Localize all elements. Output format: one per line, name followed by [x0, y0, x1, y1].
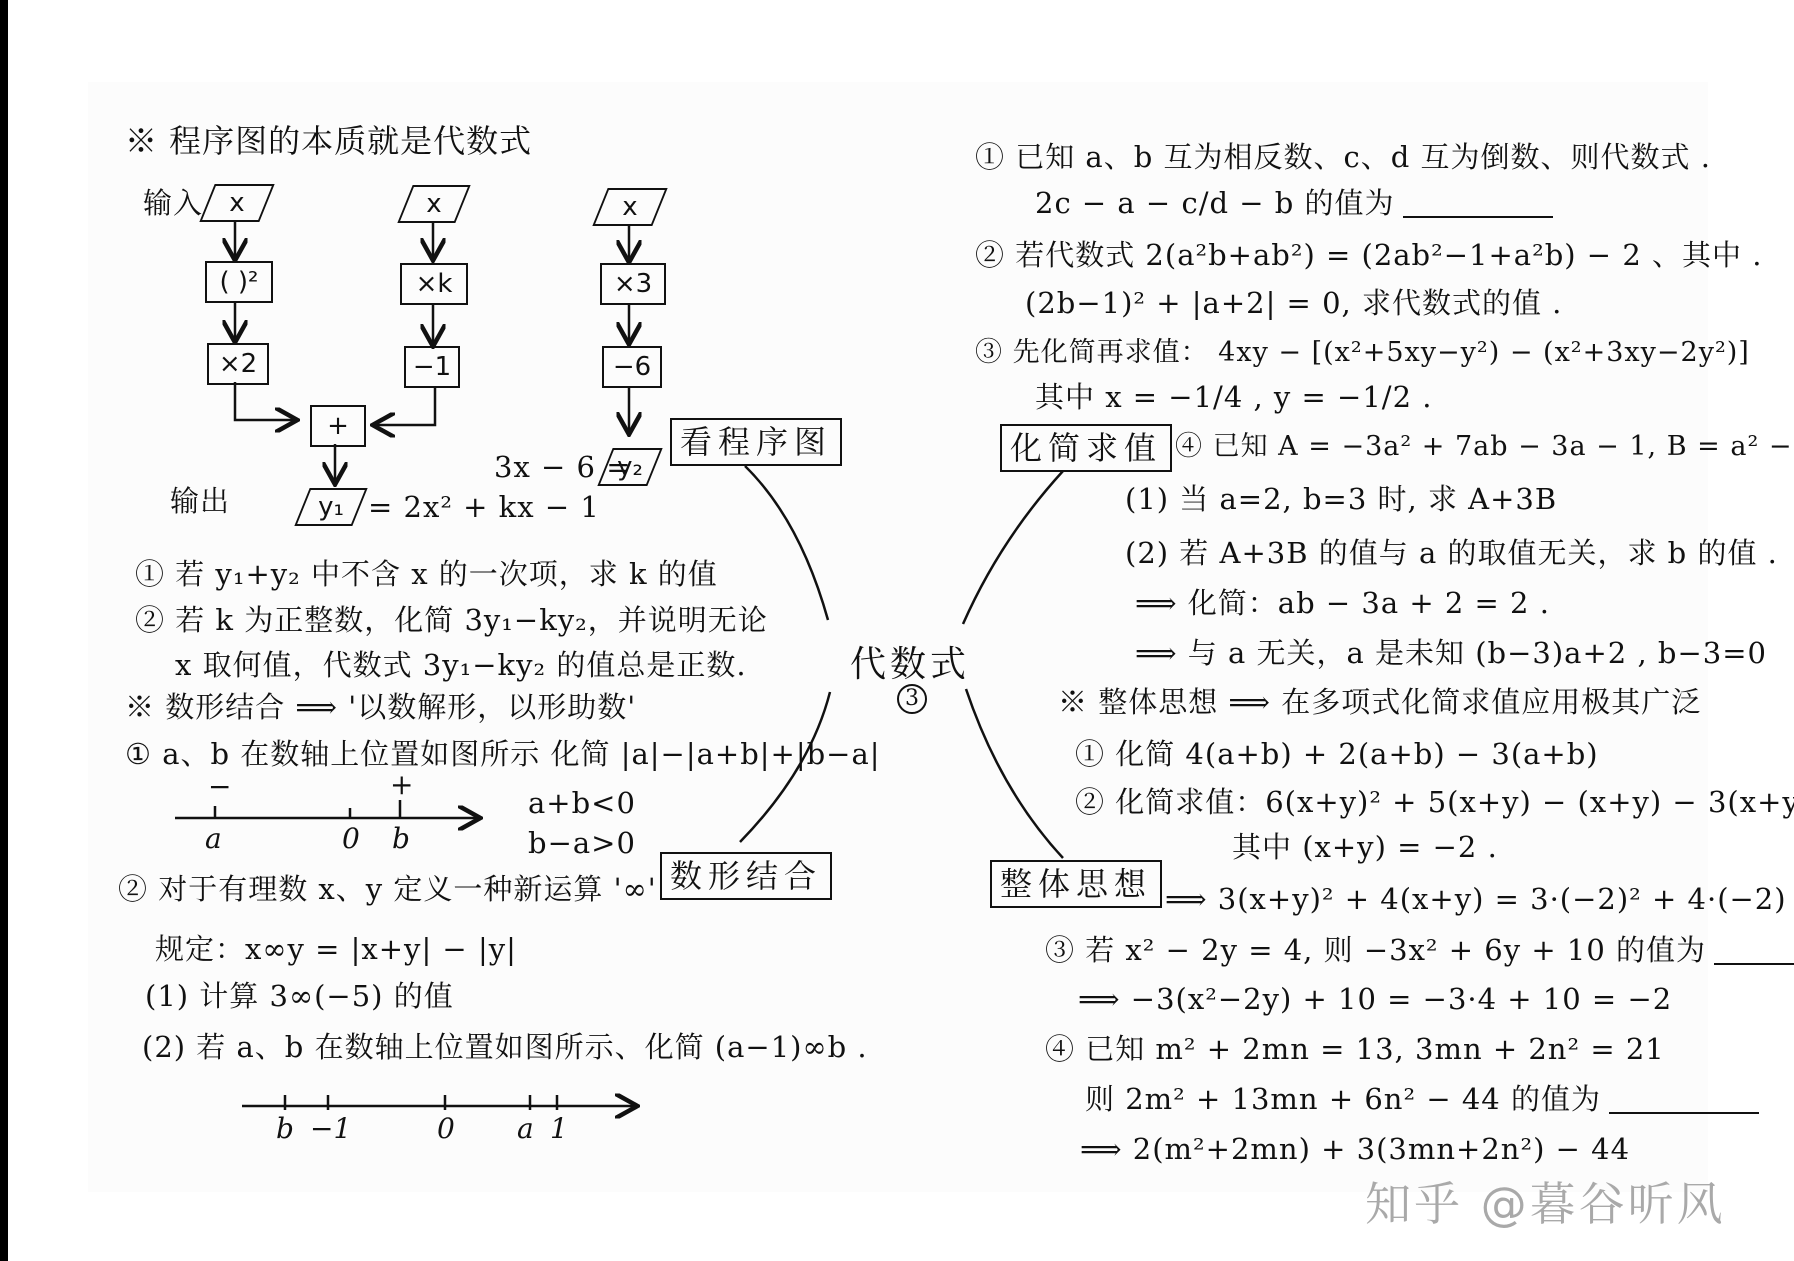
simplify-solution-2: ⟹ 与 a 无关，a 是未知 (b−3)a+2 , b−3=0	[1135, 636, 1767, 670]
numline1-label-a: a	[205, 822, 222, 855]
flowchart-question-1: ① 若 y₁+y₂ 中不含 x 的一次项，求 k 的值	[135, 557, 718, 591]
question-text: 2c − a − c/d − b 的值为	[1035, 186, 1395, 220]
flow3-minus6-box: −6	[602, 346, 662, 388]
flow1-square-box: ( )²	[205, 261, 273, 303]
sub-question-1: (1) 计算 3∞(−5) 的值	[145, 979, 454, 1013]
flowchart-question-2-line1: ② 若 k 为正整数，化简 3y₁−ky₂，并说明无论	[135, 603, 768, 637]
section-heading-flowchart: ※ 程序图的本质就是代数式	[125, 124, 532, 158]
whole-question-2-solution: ⟹ 3(x+y)² + 4(x+y) = 3·(−2)² + 4·(−2) = …	[1165, 882, 1794, 916]
branch-tag-whole-idea: 整体思想	[990, 860, 1162, 908]
sub-question-2: (2) 若 a、b 在数轴上位置如图所示、化简 (a−1)∞b .	[142, 1030, 868, 1064]
flow1-input: x	[207, 184, 267, 222]
numline2-label-a: a	[517, 1112, 534, 1145]
input-label: 输入	[143, 186, 203, 220]
plus-sign: +	[390, 768, 413, 801]
output-label: 输出	[170, 484, 230, 518]
center-topic: 代数式	[850, 636, 970, 687]
branch-tag-flowchart: 看程序图	[670, 418, 842, 466]
flow2-minus1-box: −1	[404, 346, 460, 388]
whole-question-2-line2: 其中 (x+y) = −2 .	[1232, 830, 1498, 864]
whole-question-2-line1: ② 化简求值：6(x+y)² + 5(x+y) − (x+y) − 3(x+y)…	[1075, 785, 1794, 819]
whole-question-4-solution: ⟹ 2(m²+2mn) + 3(3mn+2n²) − 44	[1080, 1132, 1630, 1166]
number-shape-question-2: ② 对于有理数 x、y 定义一种新运算 '∞'	[118, 872, 657, 906]
watermark: 知乎 @暮谷听风	[1365, 1168, 1726, 1234]
whole-question-3-solution: ⟹ −3(x²−2y) + 10 = −3·4 + 10 = −2	[1078, 982, 1672, 1016]
flowchart-question-2-line2: x 取何值，代数式 3y₁−ky₂ 的值总是正数.	[175, 648, 747, 682]
numline2-label-0: 0	[437, 1112, 455, 1145]
simplify-question-2-line1: ② 若代数式 2(a²b+ab²) = (2ab²−1+a²b) − 2 、其中…	[975, 238, 1762, 272]
minus-sign: −	[208, 770, 231, 803]
simplify-question-4-sub2: (2) 若 A+3B 的值与 a 的取值无关，求 b 的值 .	[1125, 536, 1778, 570]
section-heading-number-shape: ※ 数形结合 ⟹ '以数解形，以形助数'	[125, 690, 636, 724]
condition-a-plus-b: a+b<0	[528, 786, 636, 820]
simplify-solution-1: ⟹ 化简：ab − 3a + 2 = 2 .	[1135, 586, 1550, 620]
simplify-question-3-line2: 其中 x = −1/4 , y = −1/2 .	[1035, 380, 1432, 414]
number-shape-question-1: ① a、b 在数轴上位置如图所示 化简 |a|−|a+b|+|b−a|	[125, 737, 881, 771]
branch-tag-simplify: 化简求值	[1000, 424, 1172, 472]
simplify-question-1-line1: ① 已知 a、b 互为相反数、c、d 互为倒数、则代数式 .	[975, 140, 1711, 174]
answer-blank	[1609, 1088, 1759, 1114]
flow2-timesk-box: ×k	[400, 263, 468, 305]
flow1-times2-box: ×2	[207, 343, 269, 385]
question-text: ③ 若 x² − 2y = 4, 则 −3x² + 6y + 10 的值为	[1045, 933, 1706, 967]
numline1-label-b: b	[392, 822, 410, 855]
simplify-question-3-line1: ③ 先化简再求值： 4xy − [(x²+5xy−y²) − (x²+3xy−2…	[975, 336, 1750, 370]
sum-box: +	[310, 405, 366, 447]
new-operation-rule: 规定：x∞y = |x+y| − |y|	[155, 932, 517, 966]
answer-blank	[1403, 192, 1553, 218]
whole-question-4-line2: 则 2m² + 13mn + 6n² − 44 的值为	[1085, 1082, 1759, 1116]
simplify-question-4-sub1: (1) 当 a=2, b=3 时, 求 A+3B	[1125, 482, 1557, 516]
flow3-times3-box: ×3	[600, 263, 666, 305]
flow3-input: x	[600, 188, 660, 226]
numline2-label-minus1: −1	[310, 1112, 351, 1145]
numline1-label-0: 0	[342, 822, 360, 855]
whole-question-4-line1: ④ 已知 m² + 2mn = 13, 3mn + 2n² = 21	[1045, 1032, 1665, 1066]
simplify-question-1-line2: 2c − a − c/d − b 的值为	[1035, 186, 1553, 220]
answer-blank	[1714, 939, 1794, 965]
section-heading-whole-idea: ※ 整体思想 ⟹ 在多项式化简求值应用极其广泛	[1058, 685, 1701, 719]
branch-tag-number-shape: 数形结合	[660, 852, 832, 900]
y2-output-box: y₂	[605, 448, 655, 486]
center-number: 3	[897, 684, 927, 714]
simplify-question-2-line2: (2b−1)² + |a+2| = 0, 求代数式的值 .	[1025, 286, 1562, 320]
numline2-label-1: 1	[550, 1112, 568, 1145]
whole-question-1: ① 化简 4(a+b) + 2(a+b) − 3(a+b)	[1075, 737, 1599, 771]
flow2-input: x	[405, 185, 463, 223]
whole-question-3: ③ 若 x² − 2y = 4, 则 −3x² + 6y + 10 的值为	[1045, 933, 1794, 967]
numline2-label-b: b	[276, 1112, 294, 1145]
y1-output-box: y₁	[302, 488, 360, 526]
condition-b-minus-a: b−a>0	[528, 826, 636, 860]
question-text: 则 2m² + 13mn + 6n² − 44 的值为	[1085, 1082, 1601, 1116]
y1-expression: = 2x² + kx − 1	[368, 490, 600, 524]
simplify-question-4-line1: ④ 已知 A = −3a² + 7ab − 3a − 1, B = a² − 2…	[1175, 430, 1794, 464]
